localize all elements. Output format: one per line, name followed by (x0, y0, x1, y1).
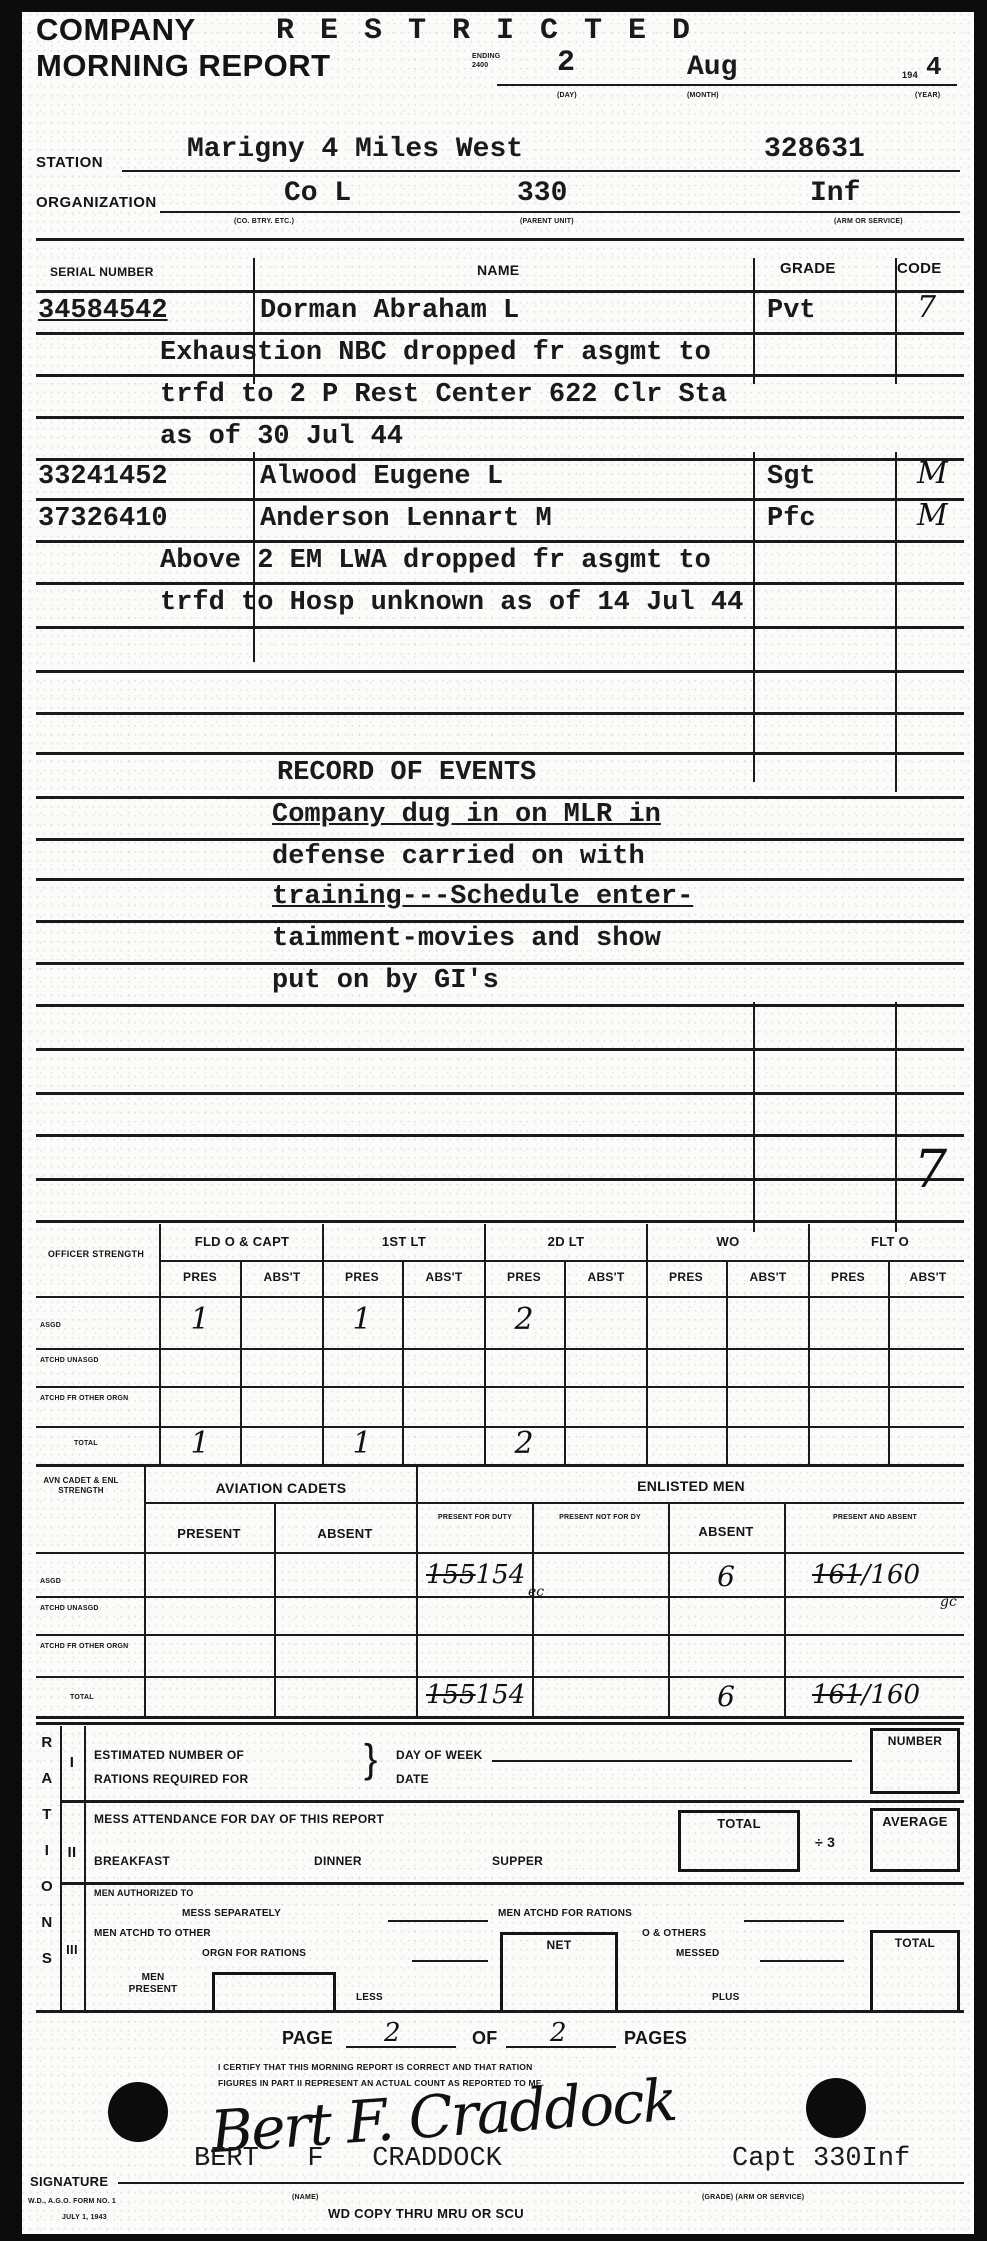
soldier-name: Dorman Abraham L (260, 296, 519, 326)
status-code: M (917, 498, 948, 533)
row-rule (36, 498, 964, 501)
orgn-for-rations-label: ORGN FOR RATIONS (202, 1948, 306, 1959)
row-rule (36, 374, 964, 377)
col-divider (753, 1002, 755, 1232)
grid-rule (36, 1386, 964, 1388)
present-for-duty-corrected: 154 (476, 1560, 526, 1590)
col-pres: PRES (648, 1270, 724, 1284)
officer-group: 1ST LT (324, 1234, 484, 1249)
station-coords: 328631 (764, 134, 865, 165)
date-underline (497, 84, 957, 86)
soldier-name: Alwood Eugene L (260, 462, 503, 492)
soldier-grade: Pfc (767, 504, 816, 534)
col-divider (895, 258, 897, 384)
station-underline (122, 170, 960, 172)
year-prefix: 194 (902, 70, 918, 80)
row-label-asgd: ASGD (40, 1578, 61, 1585)
grid-rule (36, 1552, 964, 1554)
col-present-for-duty: PRESENT FOR DUTY (422, 1512, 528, 1524)
record-of-events-line: put on by GI's (272, 966, 499, 996)
dinner-label: DINNER (314, 1854, 362, 1868)
divide-by-three: ÷ 3 (815, 1834, 835, 1850)
row-rule (36, 626, 964, 629)
grid-rule (144, 1502, 964, 1504)
total-present-and-absent: 161/160 (812, 1680, 920, 1710)
grid-rule (36, 1634, 964, 1636)
total-present-for-duty: 155154 (426, 1680, 525, 1710)
men-present-box[interactable] (212, 1972, 336, 2012)
net-label: NET (503, 1938, 615, 1952)
row-rule (36, 838, 964, 841)
date-label: DATE (396, 1772, 429, 1786)
col-cadets-absent: ABSENT (276, 1526, 414, 1541)
section-rule (36, 1464, 964, 1467)
col-abst: ABS'T (242, 1270, 322, 1284)
section-rule (36, 1220, 964, 1223)
officer-count: 2 (486, 1302, 562, 1337)
col-abst: ABS'T (404, 1270, 484, 1284)
supper-label: SUPPER (492, 1854, 543, 1868)
breakfast-label: BREAKFAST (94, 1854, 170, 1868)
absent-value: 6 (670, 1560, 782, 1593)
officer-total: 2 (486, 1426, 562, 1461)
remark-line: Above 2 EM LWA dropped fr asgmt to (160, 546, 711, 576)
org-caption-1: (CO. BTRY. ETC.) (234, 218, 294, 225)
number-box-label: NUMBER (873, 1734, 957, 1748)
col-abst: ABS'T (728, 1270, 808, 1284)
grid-divider (240, 1262, 242, 1464)
page-label: PAGE (282, 2028, 333, 2049)
brace: } (364, 1739, 377, 1779)
grid-rule (36, 1348, 964, 1350)
col-divider (753, 258, 755, 384)
officer-group: 2D LT (486, 1234, 646, 1249)
estimated-rations-label: ESTIMATED NUMBER OF (94, 1748, 244, 1762)
present-and-absent-struck: 161 (812, 1560, 862, 1590)
col-present-and-absent: PRESENT AND ABSENT (788, 1512, 962, 1524)
estimated-rations-label-2: RATIONS REQUIRED FOR (94, 1772, 248, 1786)
morning-report-page: COMPANY MORNING REPORT R E S T R I C T E… (22, 12, 974, 2234)
row-rule (36, 752, 964, 755)
aviation-cadets-header: AVIATION CADETS (146, 1480, 416, 1496)
row-rule (36, 920, 964, 923)
rations-bottom-rule (36, 2010, 964, 2013)
org-company: Co L (284, 178, 351, 209)
report-day: 2 (557, 46, 575, 80)
col-cadets-present: PRESENT (146, 1526, 272, 1541)
row-rule (36, 332, 964, 335)
officer-group: FLT O (810, 1234, 970, 1249)
messed-label: MESSED (676, 1948, 719, 1959)
col-name: NAME (477, 262, 519, 278)
men-atchd-other-label: MEN ATCHD TO OTHER (94, 1928, 211, 1939)
enlisted-strength-label: AVN CADET & ENL STRENGTH (36, 1476, 126, 1496)
side-letter: N (36, 1914, 58, 1950)
col-divider (753, 452, 755, 782)
col-serial-number: SERIAL NUMBER (50, 265, 154, 279)
col-pres: PRES (324, 1270, 400, 1284)
plus-label: PLUS (712, 1992, 739, 2003)
form-title-company: COMPANY (36, 14, 196, 46)
punch-hole-right (806, 2078, 866, 2138)
roster-header-rule (36, 290, 964, 293)
rations-total-label: TOTAL (873, 1936, 957, 1950)
row-rule (36, 1134, 964, 1137)
col-abst: ABS'T (566, 1270, 646, 1284)
col-grade: GRADE (780, 260, 836, 277)
record-of-events-line: defense carried on with (272, 842, 645, 872)
rations-rule (60, 1800, 964, 1803)
section-iii-numeral: III (62, 1942, 82, 1957)
present-for-duty-value: 155154 (426, 1560, 525, 1590)
present-and-absent-corrected: 160 (870, 1560, 920, 1590)
name-caption: (NAME) (292, 2194, 318, 2201)
present-for-duty-struck: 155 (426, 1560, 476, 1590)
row-rule (36, 1004, 964, 1007)
page-number: 2 (384, 2018, 401, 2048)
col-pres: PRES (162, 1270, 238, 1284)
row-rule (36, 416, 964, 419)
row-rule (36, 878, 964, 881)
officer-group: FLD O & CAPT (162, 1234, 322, 1249)
col-code: CODE (897, 260, 942, 277)
station-value: Marigny 4 Miles West (187, 134, 523, 165)
side-letter: T (36, 1806, 58, 1842)
enlisted-men-header: ENLISTED MEN (418, 1478, 964, 1494)
org-unit: 330 (517, 178, 567, 209)
side-letter: O (36, 1878, 58, 1914)
officer-count: 1 (162, 1302, 238, 1337)
roster-top-rule (36, 238, 964, 241)
mess-attendance-label: MESS ATTENDANCE FOR DAY OF THIS REPORT (94, 1812, 384, 1826)
atchd-for-rations-label: MEN ATCHD FOR RATIONS (498, 1908, 632, 1919)
soldier-grade: Sgt (767, 462, 816, 492)
men-authorized-label: MEN AUTHORIZED TO (94, 1888, 193, 1898)
row-rule (36, 582, 964, 585)
mess-total-label: TOTAL (681, 1816, 797, 1831)
side-letter: S (36, 1950, 58, 1986)
section-rule (36, 1722, 964, 1725)
grid-divider (888, 1262, 890, 1464)
classification-stamp: R E S T R I C T E D (276, 14, 694, 48)
of-label: OF (472, 2028, 498, 2049)
serial-number: 34584542 (38, 296, 168, 326)
pages-label: PAGES (624, 2028, 687, 2049)
row-label-total: TOTAL (70, 1694, 94, 1701)
record-of-events-title: RECORD OF EVENTS (277, 758, 536, 788)
typed-name: BERT F CRADDOCK (194, 2144, 502, 2174)
row-label-atchd-unasgd: ATCHD UNASGD (40, 1604, 140, 1613)
row-rule (36, 1048, 964, 1051)
officer-count: 1 (324, 1302, 400, 1337)
total-pa-corrected: 160 (870, 1680, 920, 1710)
grid-divider (416, 1467, 418, 1717)
month-caption: (MONTH) (687, 92, 719, 99)
officer-group: WO (648, 1234, 808, 1249)
grid-divider (402, 1262, 404, 1464)
messed-field[interactable] (760, 1960, 844, 1962)
col-pres: PRES (810, 1270, 886, 1284)
grid-divider (532, 1504, 534, 1717)
grid-divider (144, 1467, 146, 1717)
col-divider (895, 452, 897, 792)
row-rule (36, 962, 964, 965)
grid-rule (36, 1596, 964, 1598)
record-of-events-line: Company dug in on MLR in (272, 800, 661, 830)
record-of-events-line: training---Schedule enter- (272, 882, 693, 912)
end-code: 7 (914, 1140, 947, 1200)
form-date: JULY 1, 1943 (62, 2214, 107, 2221)
others-label: O & OTHERS (642, 1928, 706, 1939)
officer-total: 1 (324, 1426, 400, 1461)
section-i-numeral: I (62, 1754, 82, 1771)
row-label-atchd-fr-other: ATCHD FR OTHER ORGN (40, 1642, 140, 1651)
grid-divider (564, 1262, 566, 1464)
record-of-events-line: taimment-movies and show (272, 924, 661, 954)
grid-rule (159, 1260, 964, 1262)
remark-line: trfd to 2 P Rest Center 622 Clr Sta (160, 380, 727, 410)
station-label: STATION (36, 154, 103, 171)
atchd-for-rations-field[interactable] (744, 1920, 844, 1922)
routing-instruction: WD COPY THRU MRU OR SCU (328, 2206, 524, 2221)
certification-line-1: I CERTIFY THAT THIS MORNING REPORT IS CO… (218, 2062, 532, 2072)
row-rule (36, 1178, 964, 1181)
remark-line: Exhaustion NBC dropped fr asgmt to (160, 338, 711, 368)
row-label-total: TOTAL (74, 1440, 98, 1447)
ending-label: ENDING 2400 (472, 52, 500, 70)
day-of-week-label: DAY OF WEEK (396, 1748, 483, 1762)
col-divider (895, 1002, 897, 1232)
col-pres: PRES (486, 1270, 562, 1284)
day-caption: (DAY) (557, 92, 577, 99)
men-present-label: MEN PRESENT (98, 1972, 208, 1996)
form-number: W.D., A.G.O. FORM NO. 1 (28, 2198, 116, 2205)
report-month: Aug (687, 52, 737, 83)
remark-line: trfd to Hosp unknown as of 14 Jul 44 (160, 588, 743, 618)
officer-strength-label: OFFICER STRENGTH (36, 1248, 156, 1260)
serial-number: 33241452 (38, 462, 168, 492)
side-letter: A (36, 1770, 58, 1806)
org-caption-2: (PARENT UNIT) (520, 218, 574, 225)
organization-label: ORGANIZATION (36, 194, 157, 211)
rations-rule (60, 1882, 964, 1885)
section-ii-numeral: II (62, 1844, 82, 1861)
less-label: LESS (356, 1992, 383, 2003)
grid-rule (36, 1296, 964, 1298)
grid-divider (784, 1504, 786, 1717)
side-letter: I (36, 1842, 58, 1878)
grid-divider (726, 1262, 728, 1464)
row-label-atchd-fr-other: ATCHD FR OTHER ORGN (40, 1394, 150, 1403)
org-service: Inf (810, 178, 860, 209)
page-total-underline (506, 2046, 616, 2048)
row-rule (36, 540, 964, 543)
row-rule (36, 458, 964, 461)
row-rule (36, 796, 964, 799)
grid-rule (36, 1676, 964, 1678)
signature-label: SIGNATURE (30, 2174, 108, 2189)
serial-number: 37326410 (38, 504, 168, 534)
row-label-atchd-unasgd: ATCHD UNASGD (40, 1356, 150, 1365)
soldier-grade: Pvt (767, 296, 816, 326)
present-and-absent-value: 161/160 (812, 1560, 920, 1590)
col-present-not-for-duty: PRESENT NOT FOR DY (536, 1512, 664, 1524)
row-rule (36, 670, 964, 673)
punch-hole-left (108, 2082, 168, 2142)
org-caption-3: (ARM OR SERVICE) (834, 218, 903, 225)
section-rule (36, 1716, 964, 1719)
mess-separately-label: MESS SEPARATELY (182, 1908, 281, 1919)
rations-divider (84, 1726, 86, 2010)
row-rule (36, 712, 964, 715)
form-title-morning-report: MORNING REPORT (36, 50, 331, 82)
day-of-week-field[interactable] (492, 1760, 852, 1762)
row-label-asgd: ASGD (40, 1322, 61, 1329)
rations-side-label: R A T I O N S (36, 1734, 58, 1986)
status-code: 7 (917, 290, 936, 325)
soldier-name: Anderson Lennart M (260, 504, 552, 534)
mess-separately-field[interactable] (388, 1920, 488, 1922)
organization-underline (160, 211, 960, 213)
col-enlisted-absent: ABSENT (670, 1524, 782, 1539)
status-code: M (917, 456, 948, 491)
average-label: AVERAGE (873, 1814, 957, 1829)
side-letter: R (36, 1734, 58, 1770)
year-caption: (YEAR) (915, 92, 940, 99)
report-year: 4 (926, 52, 942, 82)
orgn-for-rations-field[interactable] (412, 1960, 488, 1962)
col-abst: ABS'T (890, 1270, 966, 1284)
remark-line: as of 30 Jul 44 (160, 422, 403, 452)
total-pfd-corrected: 154 (476, 1680, 526, 1710)
page-number-underline (346, 2046, 456, 2048)
total-absent: 6 (670, 1680, 782, 1713)
typed-grade: Capt 330Inf (732, 2144, 910, 2174)
total-pfd-struck: 155 (426, 1680, 476, 1710)
page-total: 2 (550, 2018, 567, 2048)
total-pa-struck: 161 (812, 1680, 862, 1710)
row-rule (36, 1092, 964, 1095)
signature-line (118, 2182, 964, 2184)
officer-total: 1 (162, 1426, 238, 1461)
grade-caption: (GRADE) (ARM OR SERVICE) (702, 2194, 804, 2201)
